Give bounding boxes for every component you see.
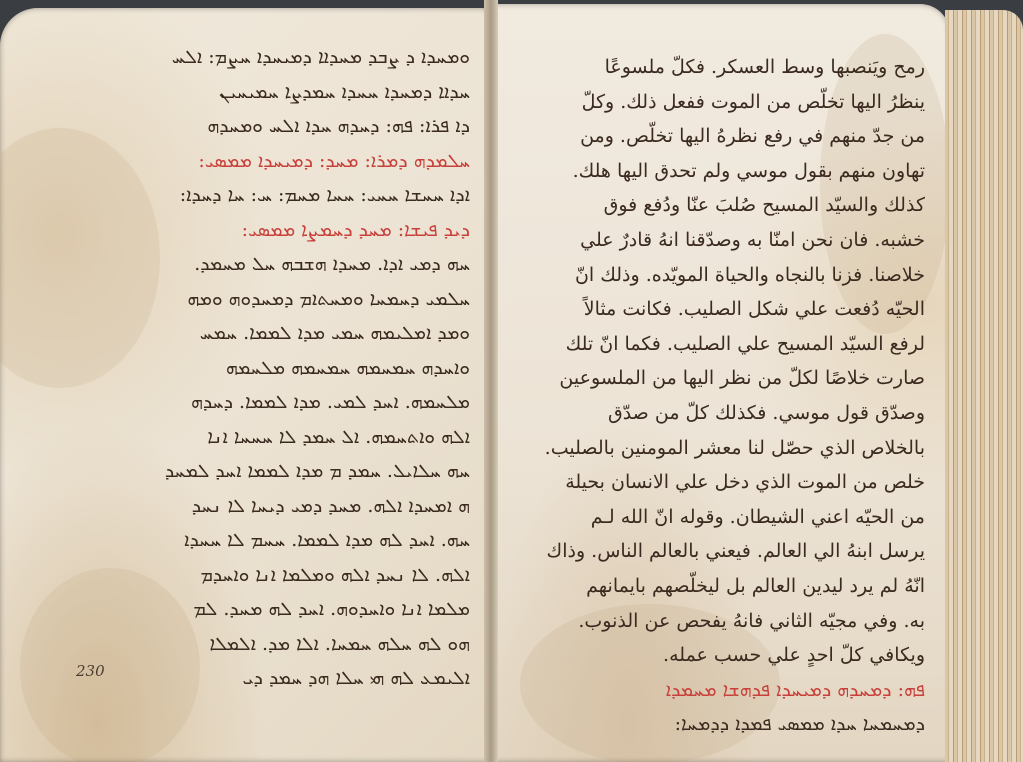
text-line: ينظرُ اليها تخلّص من الموت ففعل ذلك. وكل… — [510, 85, 925, 120]
text-line: ܚܗ ܕܡܝ ܐܕܐ. ܡܚܕܐ ܗܫܒܗ ܚܠ ܡܚܡܕ. — [70, 247, 470, 282]
rubric-line: ܚܠܡܕܗ ܕܡܪܐ: ܡܚܕ: ܕܡܝܚܕܐ ܡܡܣܝ: — [70, 144, 470, 179]
text-line: ܕܐ ܦܪܐ: ܦܗ: ܕܚܕܗ ܚܕܐ ܐܠܚ ܘܡܚܕܗ — [70, 109, 470, 144]
text-line: ܘܡܚܕܐ ܕ ܨܒܕ ܡܚܕܐܐ ܕܡܝܚܕܐ ܚܨܡ: ܐܠܚ — [70, 40, 470, 75]
text-line: خلص من الموت الذي دخل علي الانسان بحيلة — [510, 465, 925, 500]
book-gutter — [484, 0, 498, 762]
text-line: ܗ ܐܡܚܕܐ ܐܠܗ. ܡܚܕ ܕܡܝ ܕܝܚܐ ܠܐ ܢܚܕ — [70, 489, 470, 524]
text-line: ܚܠܡܝ ܕܚܡܚܐ ܘܡܚܬܐܡ ܕܡܚܕܘܗ ܘܡܗ — [70, 282, 470, 317]
text-line: بالخلاص الذي حصّل لنا معشر المومنين بالص… — [510, 431, 925, 466]
text-line: ܚܕܐܐ ܕܡܚܕܐ ܚܚܕܐ ܚܡܕܨܐ ܚܡܝܚܝܢ — [70, 75, 470, 110]
text-line: ܐܠܗ ܘܐܬܚܡܗ. ܐܠ ܚܡܕ ܠܐ ܚܚܚܐ ܐܢܐ — [70, 420, 470, 455]
text-line: من جدّ منهم في رفع نظرهُ اليها تخلّص. وم… — [510, 119, 925, 154]
text-line: يرسل ابنهُ الي العالم. فيعني بالعالم الن… — [510, 534, 925, 569]
text-line: من الحيّه اعني الشيطان. وقوله انّ الله ل… — [510, 500, 925, 535]
text-line: خلاصنا. فزنا بالنجاه والحياة المويّده. و… — [510, 258, 925, 293]
text-line: انّهُ لم يرد ليدين العالم بل ليخلّصهم با… — [510, 569, 925, 604]
manuscript-photo: ܘܡܚܕܐ ܕ ܨܒܕ ܡܚܕܐܐ ܕܡܝܚܕܐ ܚܨܡ: ܐܠܚ ܚܕܐܐ ܕ… — [0, 0, 1023, 762]
text-line: ܡܠܡܐ ܐܢܐ ܘܐܚܕܘܗ. ܐܚܕ ܠܗ ܡܚܕ. ܠܡ — [70, 592, 470, 627]
rubric-line: ܦܗ: ܕܡܚܕܗ ܕܡܝܚܕܐ ܦܕܗܫܐ ܡܚܡܕܐ — [510, 673, 925, 708]
text-line: ܐܠܗ. ܠܐ ܢܚܕ ܐܠܗ ܘܡܠܡܐ ܐܢܐ ܘܐܚܕܡ — [70, 558, 470, 593]
text-line: ܡܠܚܡܗ. ܐܚܕ ܠܡܝ. ܡܕܐ ܠܡܡܐ. ܕܚܕܗ — [70, 385, 470, 420]
text-line: ܘܐܚܕܗ ܚܡܚܡܗ ܚܡܚܡܗ ܡܠܚܡܗ — [70, 351, 470, 386]
page-fore-edges — [945, 10, 1023, 762]
text-line: رمح ويَنصبها وسط العسكر. فكلّ ملسوعًا — [510, 50, 925, 85]
text-line: ܐܕܐ ܚܚܫܐ ܚܚܝ: ܚܚܐ ܡܚܡ: ܚ: ܚܐ ܕܚܕܐ: — [70, 178, 470, 213]
folio-number: 230 — [76, 662, 105, 680]
text-line: ܗܘ ܠܗ ܚܠܗ ܚܡܚܐ. ܐܠܐ ܡܕ. ܐܠܡܠܐ — [70, 627, 470, 662]
text-line: ويكافي كلّ احدٍ علي حسب عمله. — [510, 638, 925, 673]
rubric-line: ܕܝܕ ܦܝܫܐ: ܡܚܕ ܕܚܡܨܐ ܡܡܣܝ: — [70, 213, 470, 248]
right-page-text: رمح ويَنصبها وسط العسكر. فكلّ ملسوعًا ين… — [510, 50, 925, 742]
text-line: كذلك والسيّد المسيح صُلبَ عنّا ودُفع فوق — [510, 188, 925, 223]
text-line: تهاون منهم بقول موسي ولم تحدق اليها هلك. — [510, 154, 925, 189]
text-line: لرفع السيّد المسيح علي الصليب. فكما انّ … — [510, 327, 925, 362]
text-line: به. وفي مجيّه الثاني فانهُ يفحص عن الذنو… — [510, 604, 925, 639]
text-line: صارت خلاصًا لكلّ من نظر اليها من الملسوع… — [510, 361, 925, 396]
text-line: الحيّه دُفعت علي شكل الصليب. فكانت مثالا… — [510, 292, 925, 327]
text-line: ܚܗ ܚܠܐܝܠ. ܚܡܕ ܡ ܡܕܐ ܠܡܡܐ ܐܚܕ ܠܡܚܕ — [70, 454, 470, 489]
text-line: خشبه. فان نحن امنّا به وصدّقنا انهُ قادر… — [510, 223, 925, 258]
left-page-text: ܘܡܚܕܐ ܕ ܨܒܕ ܡܚܕܐܐ ܕܡܝܚܕܐ ܚܨܡ: ܐܠܚ ܚܕܐܐ ܕ… — [70, 40, 470, 696]
text-line: ܐܠܝܡܥ ܠܗ ܗܝ ܚܠܐ ܗܕ ܚܡܕ ܕܝ — [70, 661, 470, 696]
text-line: ܘܡܕ ܐܡܠܝܡܗ ܚܡܝ ܡܕܐ ܠܡܡܐ. ܚܡܚ — [70, 316, 470, 351]
text-line: ܕܡܚܡܚܐ ܚܕܐ ܡܡܣܝ ܦܡܕܐ ܕܕܡܚܐ: — [510, 707, 925, 742]
text-line: وصدّق قول موسي. فكذلك كلّ من صدّق — [510, 396, 925, 431]
text-line: ܚܗ. ܐܚܕ ܠܗ ܡܕܐ ܠܡܡܐ. ܚܚܡ ܠܐ ܚܚܕܐ — [70, 523, 470, 558]
